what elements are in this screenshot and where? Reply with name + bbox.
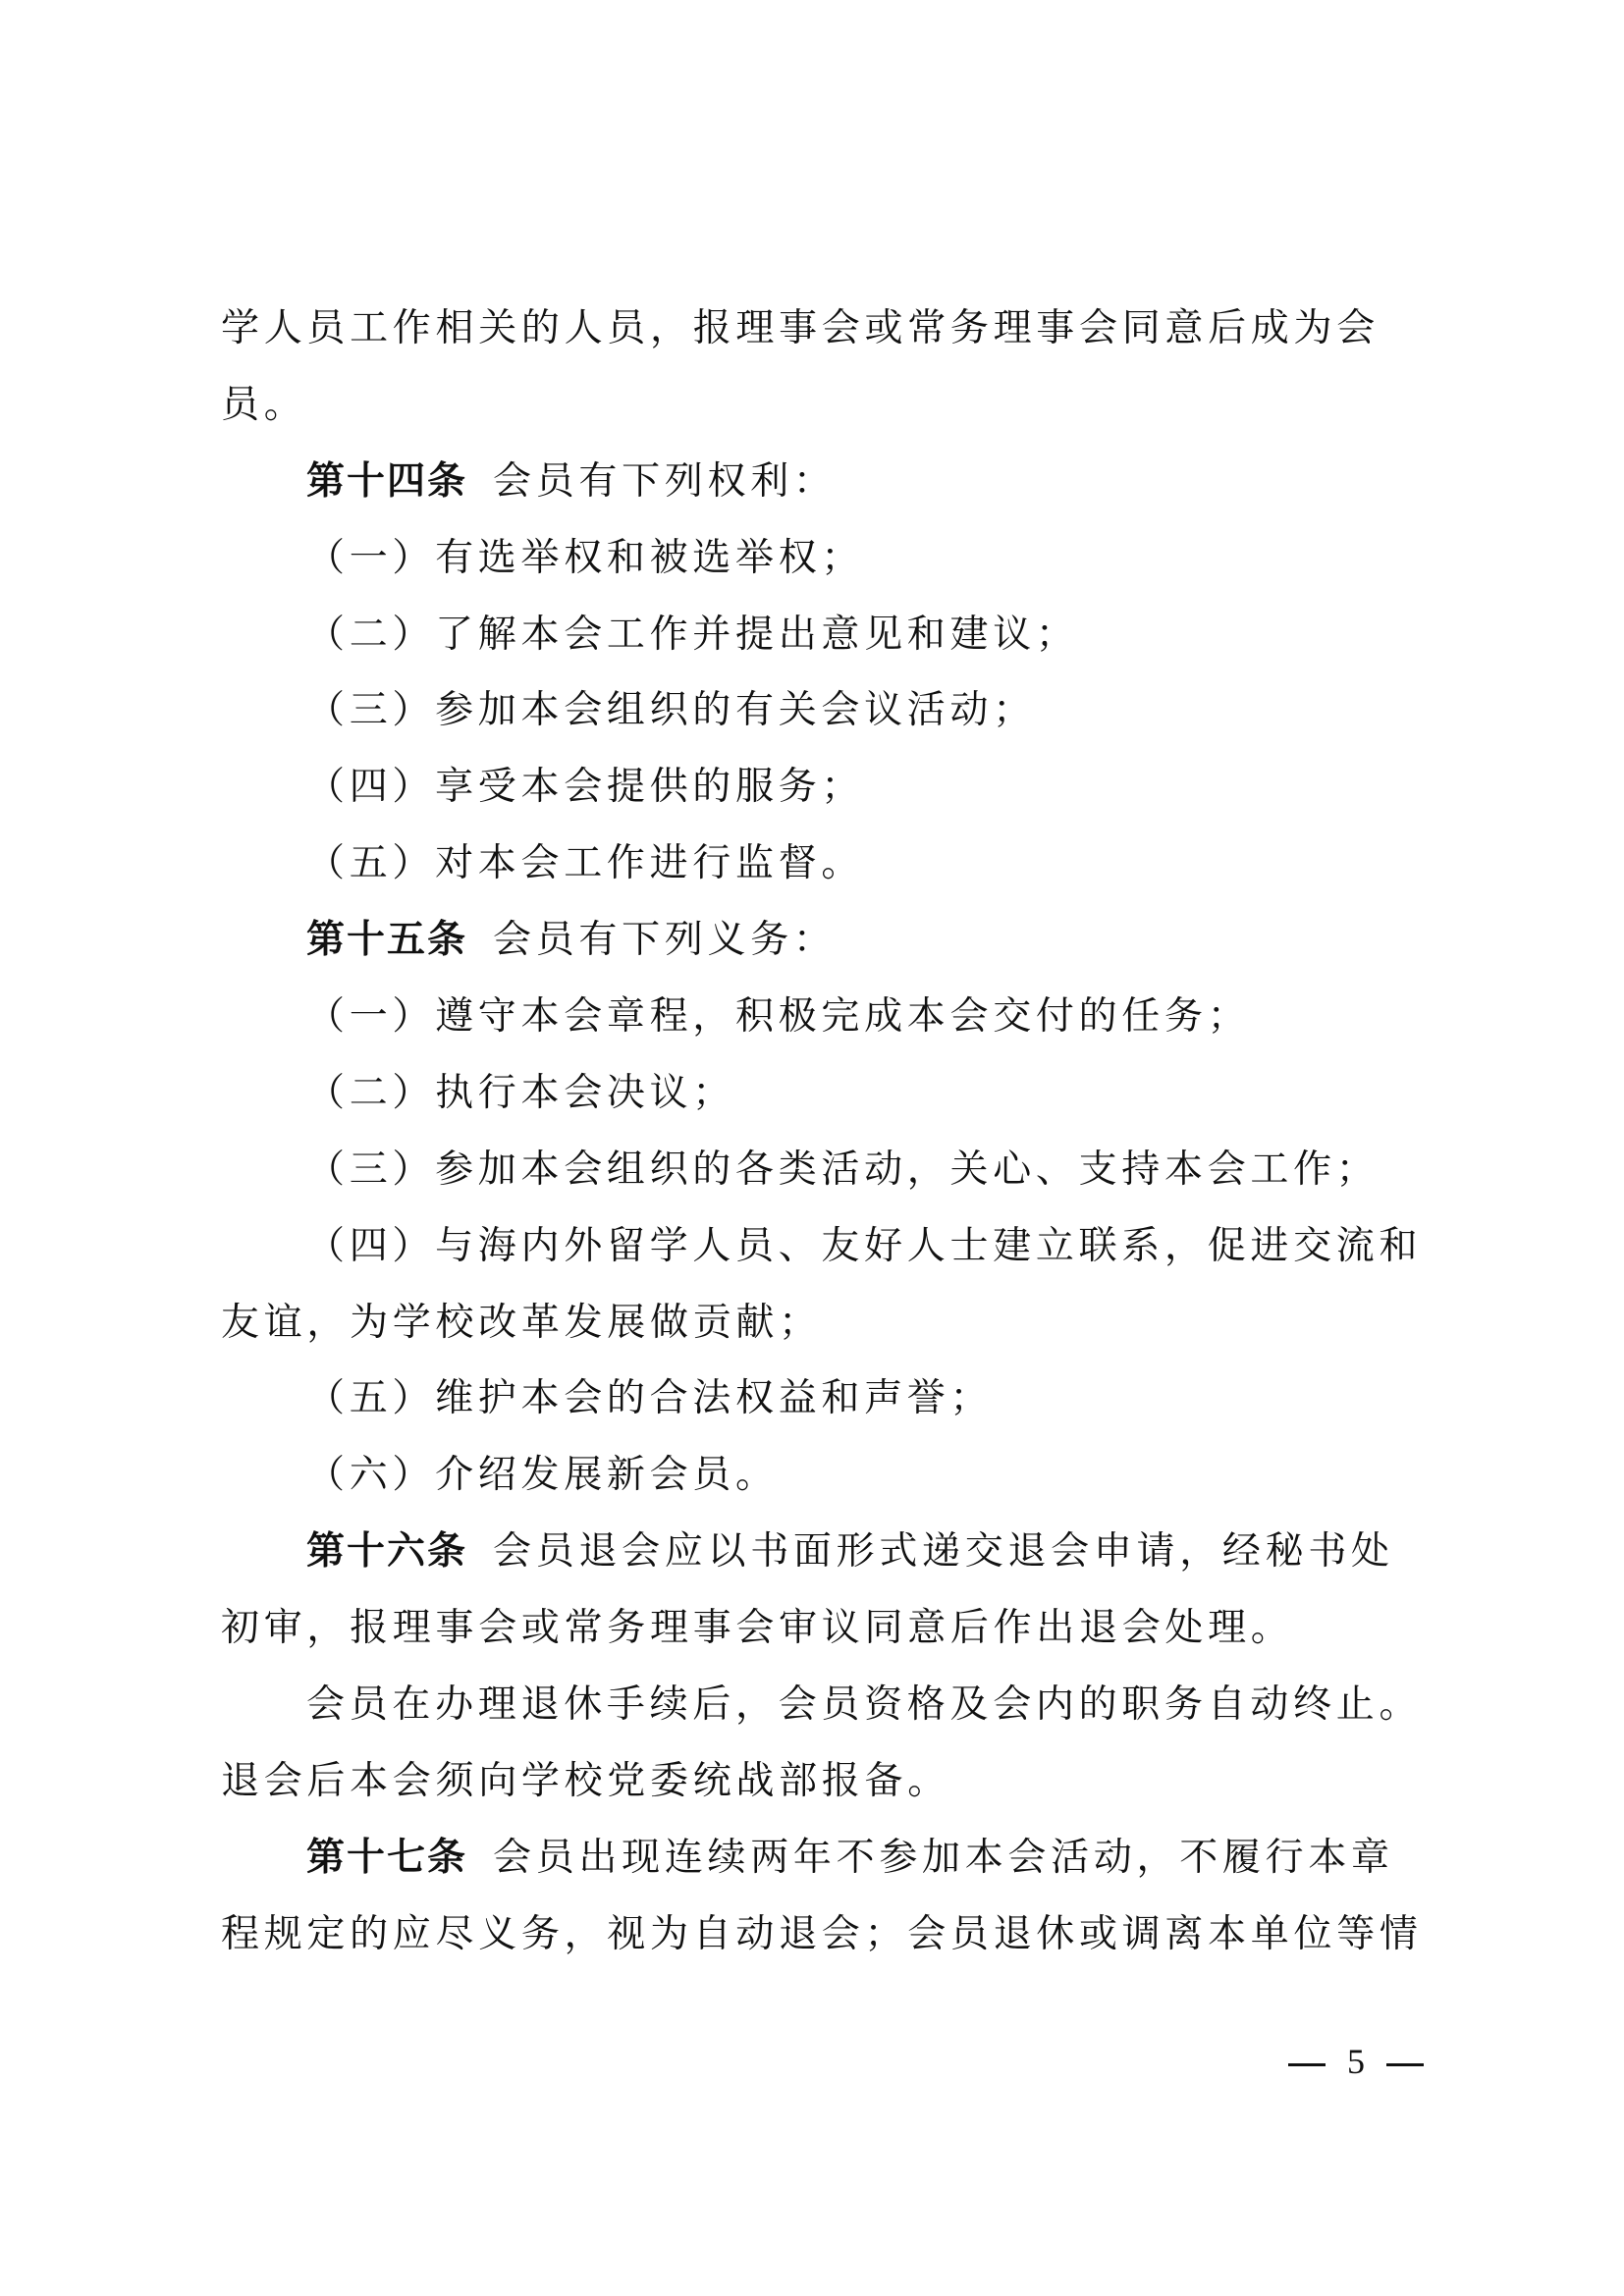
line-text: 程规定的应尽义务，视为自动退会；会员退休或调离本单位等情 (221, 1912, 1423, 1956)
document-body: 学人员工作相关的人员，报理事会或常务理事会同意后成为会 员。 第十四条会员有下列… (221, 291, 1425, 1973)
line-text: 会员有下列权利： (493, 459, 837, 504)
line-text: （六）介绍发展新会员。 (306, 1453, 779, 1497)
article-heading-line: 第十四条会员有下列权利： (221, 444, 1425, 520)
line-text: 退会后本会须向学校党委统战部报备。 (221, 1759, 950, 1803)
line-text: （二）执行本会决议； (306, 1071, 735, 1115)
list-item: （五）对本会工作进行监督。 (221, 826, 1425, 902)
line-text: （五）对本会工作进行监督。 (306, 841, 864, 885)
text-line: 初审，报理事会或常务理事会审议同意后作出退会处理。 (221, 1590, 1425, 1667)
text-line: 程规定的应尽义务，视为自动退会；会员退休或调离本单位等情 (221, 1896, 1425, 1973)
text-line: 学人员工作相关的人员，报理事会或常务理事会同意后成为会 (221, 291, 1425, 367)
line-text: 友谊，为学校改革发展做贡献； (221, 1301, 822, 1345)
dash-left (1288, 2063, 1326, 2066)
line-text: 会员退会应以书面形式递交退会申请，经秘书处 (493, 1529, 1394, 1574)
line-text: （四）享受本会提供的服务； (306, 765, 864, 809)
list-item: （一）遵守本会章程，积极完成本会交付的任务； (221, 979, 1425, 1055)
article-number: 第十四条 (306, 459, 467, 504)
page-number: 5 (1288, 2042, 1424, 2081)
article-number: 第十五条 (306, 918, 467, 962)
line-text: （四）与海内外留学人员、友好人士建立联系，促进交流和 (306, 1224, 1422, 1268)
text-line: 会员在办理退休手续后，会员资格及会内的职务自动终止。 (221, 1667, 1425, 1743)
line-text: 会员有下列义务： (493, 918, 837, 962)
list-item: （四）与海内外留学人员、友好人士建立联系，促进交流和 (221, 1208, 1425, 1285)
line-text: 会员在办理退休手续后，会员资格及会内的职务自动终止。 (306, 1682, 1422, 1727)
line-text: （一）有选举权和被选举权； (306, 536, 864, 580)
article-heading-line: 第十七条会员出现连续两年不参加本会活动，不履行本章 (221, 1820, 1425, 1896)
text-line: 退会后本会须向学校党委统战部报备。 (221, 1743, 1425, 1820)
line-text: （五）维护本会的合法权益和声誉； (306, 1376, 993, 1420)
line-text: 初审，报理事会或常务理事会审议同意后作出退会处理。 (221, 1606, 1294, 1650)
list-item: （一）有选举权和被选举权； (221, 520, 1425, 597)
list-item: （二）了解本会工作并提出意见和建议； (221, 597, 1425, 673)
line-text: 学人员工作相关的人员，报理事会或常务理事会同意后成为会 (221, 306, 1380, 350)
list-item: （三）参加本会组织的有关会议活动； (221, 672, 1425, 749)
line-text: （一）遵守本会章程，积极完成本会交付的任务； (306, 994, 1250, 1039)
line-text: 员。 (221, 383, 306, 427)
line-text: 会员出现连续两年不参加本会活动，不履行本章 (493, 1836, 1394, 1880)
article-number: 第十七条 (306, 1836, 467, 1880)
text-line: 员。 (221, 367, 1425, 444)
text-line: 友谊，为学校改革发展做贡献； (221, 1285, 1425, 1362)
list-item: （四）享受本会提供的服务； (221, 749, 1425, 826)
list-item: （二）执行本会决议； (221, 1055, 1425, 1132)
page-number-value: 5 (1347, 2042, 1365, 2081)
article-number: 第十六条 (306, 1529, 467, 1574)
article-heading-line: 第十五条会员有下列义务： (221, 902, 1425, 979)
document-page: 学人员工作相关的人员，报理事会或常务理事会同意后成为会 员。 第十四条会员有下列… (0, 0, 1624, 2296)
line-text: （三）参加本会组织的有关会议活动； (306, 688, 1036, 732)
list-item: （三）参加本会组织的各类活动，关心、支持本会工作； (221, 1132, 1425, 1208)
dash-right (1386, 2063, 1424, 2066)
list-item: （五）维护本会的合法权益和声誉； (221, 1361, 1425, 1437)
list-item: （六）介绍发展新会员。 (221, 1437, 1425, 1514)
line-text: （二）了解本会工作并提出意见和建议； (306, 613, 1079, 657)
article-heading-line: 第十六条会员退会应以书面形式递交退会申请，经秘书处 (221, 1514, 1425, 1590)
line-text: （三）参加本会组织的各类活动，关心、支持本会工作； (306, 1148, 1380, 1192)
